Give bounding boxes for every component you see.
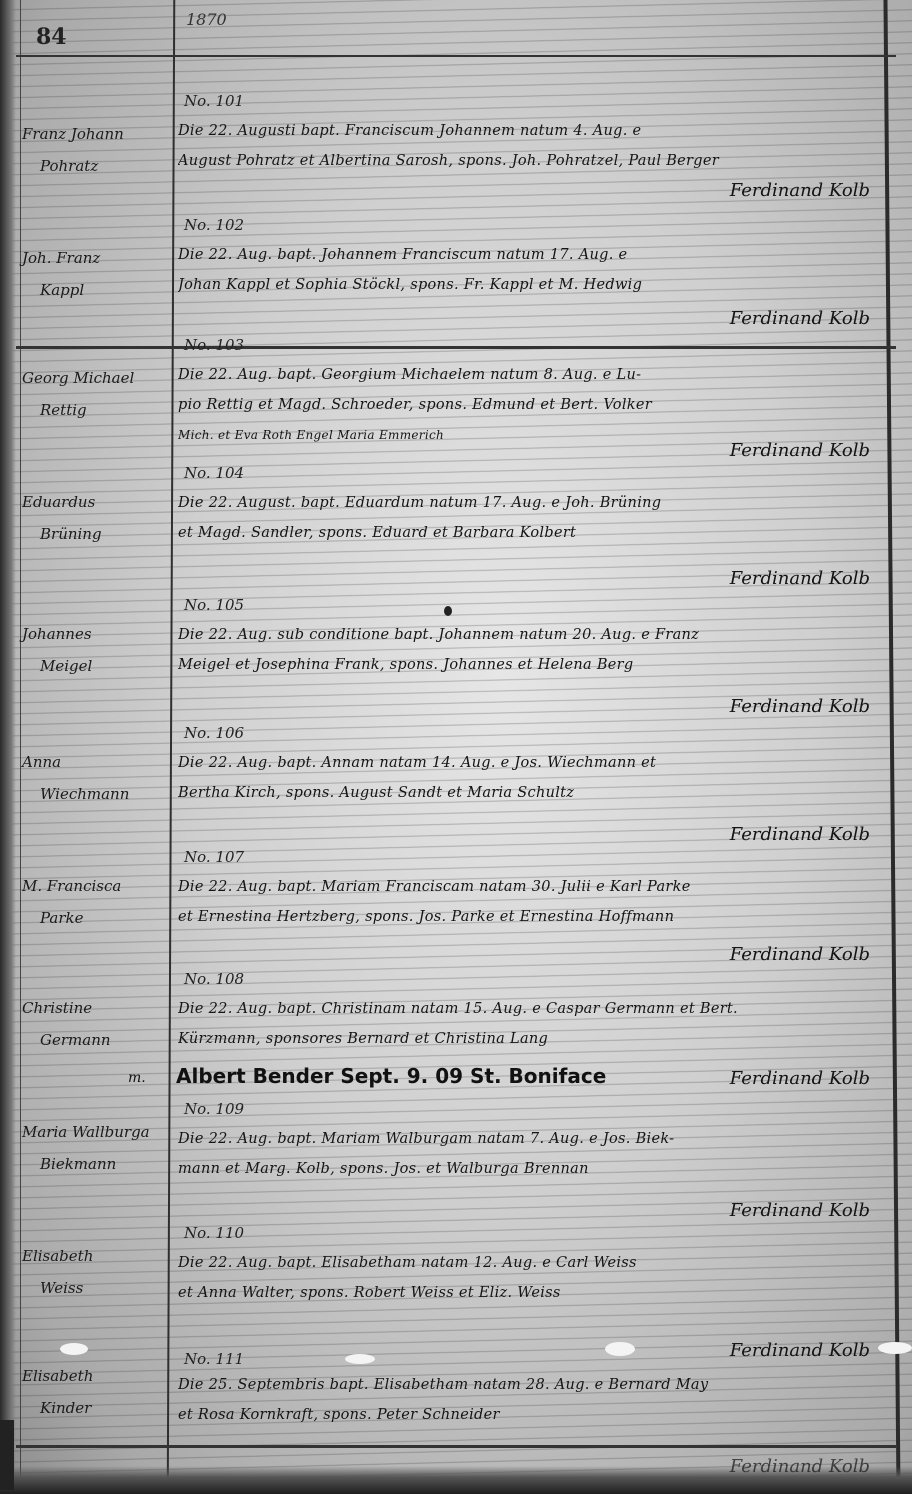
- ink-blot: [444, 606, 452, 616]
- margin-child-name: Christine Germann: [22, 992, 170, 1056]
- entry-text: Die 22. August. bapt. Eduardum natum 17.…: [178, 488, 868, 548]
- entry-text: Die 22. Aug. bapt. Johannem Franciscum n…: [178, 240, 868, 300]
- margin-child-name: Maria Wallburga Biekmann: [22, 1116, 170, 1180]
- scan-artifact: [60, 1343, 88, 1355]
- marriage-annotation: Albert Bender Sept. 9. 09 St. Boniface: [176, 1064, 606, 1088]
- page-corner-shadow: [0, 1420, 14, 1490]
- entry-number: No. 103: [184, 336, 244, 354]
- page-number: 84: [36, 24, 67, 50]
- signature: Ferdinand Kolb: [590, 1456, 870, 1477]
- margin-child-name: Elisabeth Kinder: [22, 1360, 170, 1424]
- signature: Ferdinand Kolb: [590, 944, 870, 965]
- divider-rule: [16, 346, 896, 349]
- entry-text: Die 22. Augusti bapt. Franciscum Johanne…: [178, 116, 868, 176]
- entry-text: Die 22. Aug. bapt. Elisabetham natam 12.…: [178, 1248, 868, 1308]
- margin-child-name: Franz Johann Pohratz: [22, 118, 170, 182]
- entry-number: No. 104: [184, 464, 244, 482]
- entry-text: Die 22. Aug. bapt. Annam natam 14. Aug. …: [178, 748, 868, 808]
- margin-child-name: M. Francisca Parke: [22, 870, 170, 934]
- entry-number: No. 110: [184, 1224, 244, 1242]
- entry-text: Die 22. Aug. sub conditione bapt. Johann…: [178, 620, 868, 680]
- annotation-marker: m.: [128, 1070, 146, 1086]
- bottom-rule: [16, 1445, 896, 1448]
- entry-number: No. 111: [184, 1350, 244, 1368]
- margin-child-name: Eduardus Brüning: [22, 486, 170, 550]
- entry-number: No. 102: [184, 216, 244, 234]
- entry-number: No. 108: [184, 970, 244, 988]
- right-margin-rule: [883, 0, 900, 1494]
- page-left-shadow: [0, 0, 16, 1494]
- entry-number: No. 107: [184, 848, 244, 866]
- entry-number: No. 105: [184, 596, 244, 614]
- signature: Ferdinand Kolb: [590, 824, 870, 845]
- entry-number: No. 101: [184, 92, 244, 110]
- signature: Ferdinand Kolb: [590, 1068, 870, 1089]
- register-page: 84 1870 No. 101 Franz Johann Pohratz Die…: [0, 0, 912, 1494]
- signature: Ferdinand Kolb: [590, 180, 870, 201]
- entry-number: No. 109: [184, 1100, 244, 1118]
- entry-text: Die 22. Aug. bapt. Mariam Franciscam nat…: [178, 872, 868, 932]
- scan-artifact: [345, 1354, 375, 1364]
- entry-text: Die 22. Aug. bapt. Christinam natam 15. …: [178, 994, 868, 1054]
- scan-artifact: [605, 1342, 635, 1356]
- margin-child-name: Elisabeth Weiss: [22, 1240, 170, 1304]
- signature: Ferdinand Kolb: [590, 696, 870, 717]
- margin-rule-inner: [20, 0, 21, 1494]
- signature: Ferdinand Kolb: [590, 308, 870, 329]
- signature: Ferdinand Kolb: [590, 440, 870, 461]
- margin-child-name: Anna Wiechmann: [22, 746, 170, 810]
- entry-text: Die 22. Aug. bapt. Mariam Walburgam nata…: [178, 1124, 868, 1184]
- entry-text: Die 25. Septembris bapt. Elisabetham nat…: [178, 1370, 868, 1430]
- margin-child-name: Joh. Franz Kappl: [22, 242, 170, 306]
- page-year: 1870: [186, 10, 227, 29]
- margin-child-name: Johannes Meigel: [22, 618, 170, 682]
- header-rule: [16, 55, 896, 57]
- entry-text: Die 22. Aug. bapt. Georgium Michaelem na…: [178, 360, 868, 450]
- signature: Ferdinand Kolb: [590, 568, 870, 589]
- signature: Ferdinand Kolb: [590, 1200, 870, 1221]
- margin-child-name: Georg Michael Rettig: [22, 362, 170, 426]
- entry-number: No. 106: [184, 724, 244, 742]
- scan-artifact: [878, 1342, 912, 1354]
